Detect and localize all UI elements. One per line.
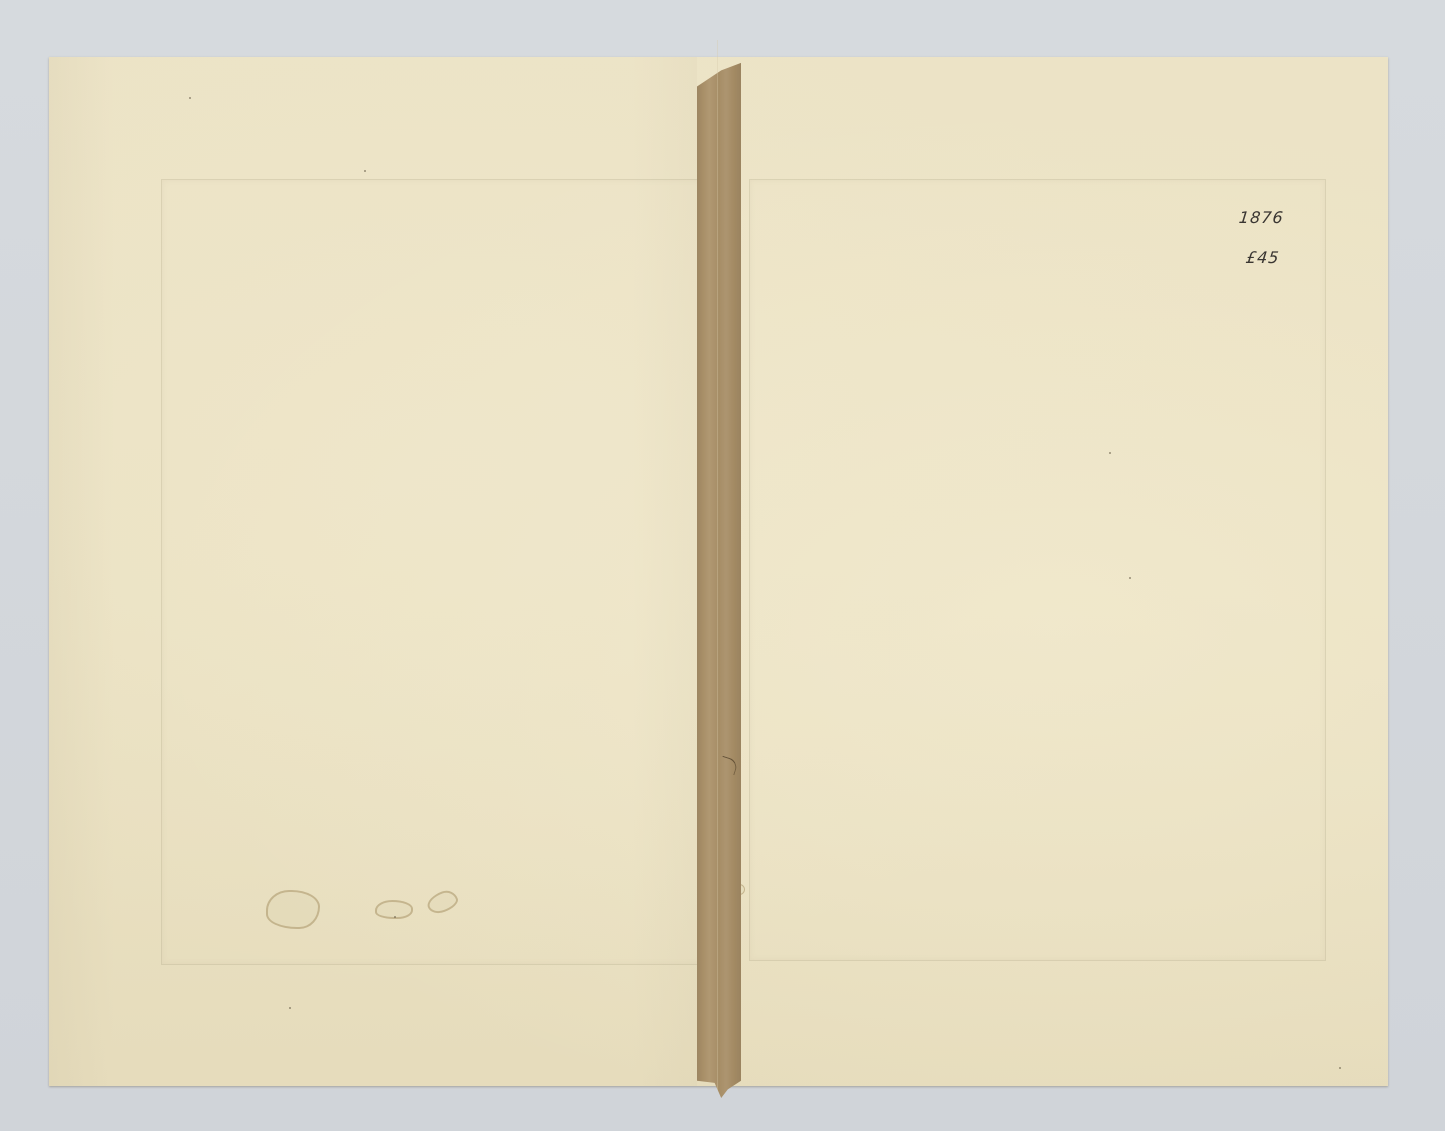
foxing-fleck <box>289 1007 291 1009</box>
foxing-fleck <box>1129 577 1131 579</box>
plate-mark-right <box>749 179 1326 961</box>
foxing-fleck <box>1339 1067 1341 1069</box>
center-fold-tape <box>697 22 741 1098</box>
foxing-fleck <box>1109 452 1111 454</box>
water-stain <box>266 890 320 929</box>
foxing-fleck <box>364 170 366 172</box>
tape-crease-line <box>717 40 718 1090</box>
pencil-annotation-year: 1876 <box>1238 208 1285 227</box>
foxing-fleck <box>394 916 396 918</box>
plate-mark-left <box>161 179 703 965</box>
pencil-annotation-price: £45 <box>1245 248 1281 267</box>
foxing-fleck <box>189 97 191 99</box>
